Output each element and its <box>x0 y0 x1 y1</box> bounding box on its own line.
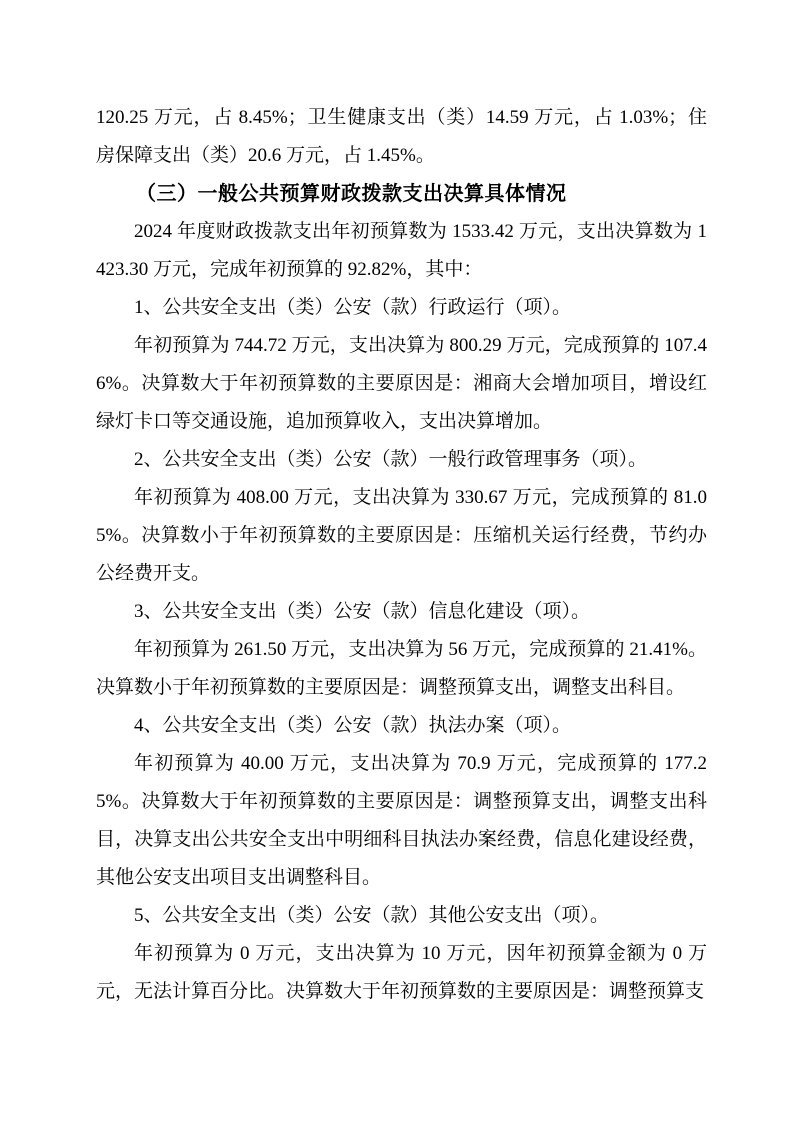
list-item-5-title: 5、公共安全支出（类）公安（款）其他公安支出（项）。 <box>96 897 707 935</box>
list-item-5-detail-truncated: 年初预算为 0 万元，支出决算为 10 万元，因年初预算金额为 0 万元，无法计… <box>96 935 707 1011</box>
list-item-2-detail: 年初预算为 408.00 万元，支出决算为 330.67 万元，完成预算的 81… <box>96 479 707 593</box>
list-item-1-title: 1、公共安全支出（类）公安（款）行政运行（项）。 <box>96 289 707 327</box>
document-page: 120.25 万元，占 8.45%；卫生健康支出（类）14.59 万元，占 1.… <box>0 0 793 1122</box>
list-item-4-title: 4、公共安全支出（类）公安（款）执法办案（项）。 <box>96 707 707 745</box>
paragraph-continued-from-previous-page: 120.25 万元，占 8.45%；卫生健康支出（类）14.59 万元，占 1.… <box>96 99 707 175</box>
list-item-4-detail: 年初预算为 40.00 万元，支出决算为 70.9 万元，完成预算的 177.2… <box>96 745 707 897</box>
list-item-3-detail: 年初预算为 261.50 万元，支出决算为 56 万元，完成预算的 21.41%… <box>96 631 707 707</box>
list-item-3-title: 3、公共安全支出（类）公安（款）信息化建设（项）。 <box>96 593 707 631</box>
list-item-1-detail: 年初预算为 744.72 万元，支出决算为 800.29 万元，完成预算的 10… <box>96 327 707 441</box>
body-paragraph-overview: 2024 年度财政拨款支出年初预算数为 1533.42 万元，支出决算数为 14… <box>96 213 707 289</box>
section-heading: （三）一般公共预算财政拨款支出决算具体情况 <box>96 175 707 213</box>
list-item-2-title: 2、公共安全支出（类）公安（款）一般行政管理事务（项）。 <box>96 441 707 479</box>
